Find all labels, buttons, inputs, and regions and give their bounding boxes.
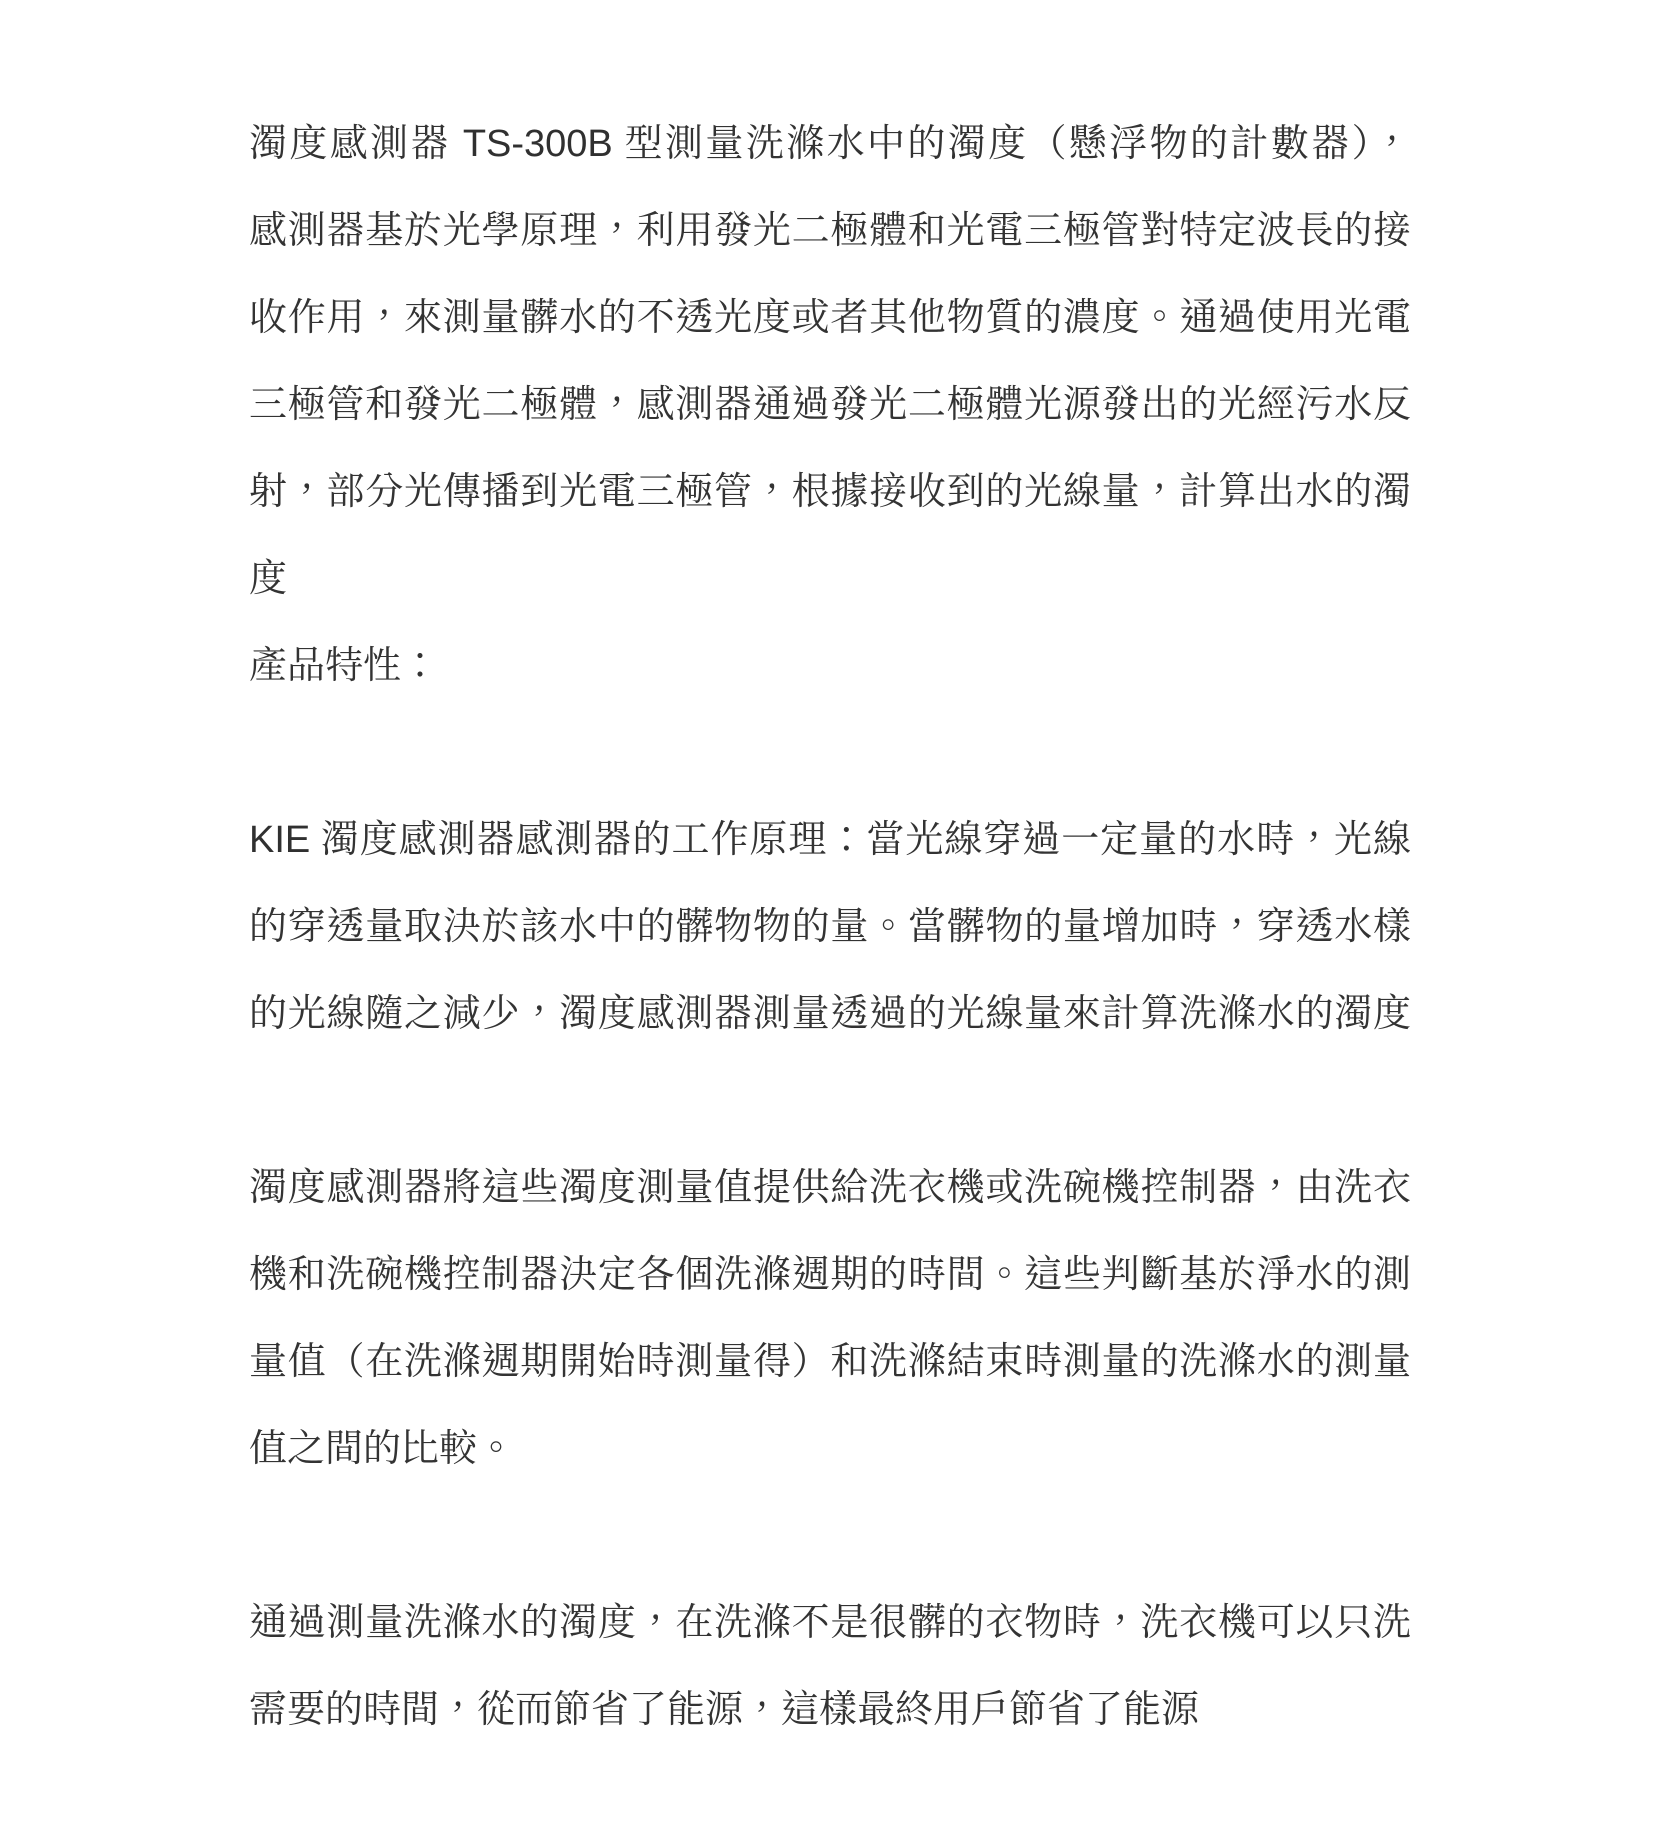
text-line: 收作用，來測量髒水的不透光度或者其他物質的濃度。通過使用光電	[249, 275, 1411, 362]
latin-text: KIE	[249, 819, 310, 861]
paragraph-energy-saving: 通過測量洗滌水的濁度，在洗滌不是很髒的衣物時，洗衣機可以只洗需要的時間，從而節省…	[249, 1580, 1411, 1754]
text-line: 需要的時間，從而節省了能源，這樣最終用戶節省了能源	[249, 1667, 1411, 1754]
text-line: 值之間的比較。	[249, 1406, 1411, 1493]
text-line: 的穿透量取決於該水中的髒物物的量。當髒物的量增加時，穿透水樣	[249, 884, 1411, 971]
text-line: KIE 濁度感測器感測器的工作原理：當光線穿過一定量的水時，光線	[249, 797, 1411, 884]
text-line: 濁度感測器 TS-300B 型測量洗滌水中的濁度（懸浮物的計數器），	[249, 101, 1411, 188]
paragraph-intro: 濁度感測器 TS-300B 型測量洗滌水中的濁度（懸浮物的計數器），感測器基於光…	[249, 101, 1411, 623]
text-line: 度	[249, 536, 1411, 623]
text-line: 機和洗碗機控制器決定各個洗滌週期的時間。這些判斷基於淨水的測	[249, 1232, 1411, 1319]
paragraph-working-principle: KIE 濁度感測器感測器的工作原理：當光線穿過一定量的水時，光線的穿透量取決於該…	[249, 797, 1411, 1058]
text-line: 的光線隨之減少，濁度感測器測量透過的光線量來計算洗滌水的濁度	[249, 971, 1411, 1058]
text-line: 三極管和發光二極體，感測器通過發光二極體光源發出的光經污水反	[249, 362, 1411, 449]
latin-text: TS-300B	[463, 123, 613, 165]
paragraph-features-heading: 產品特性：	[249, 623, 1411, 710]
text-line: 量值（在洗滌週期開始時測量得）和洗滌結束時測量的洗滌水的測量	[249, 1319, 1411, 1406]
text-line: 射，部分光傳播到光電三極管，根據接收到的光線量，計算出水的濁	[249, 449, 1411, 536]
text-line: 產品特性：	[249, 623, 1411, 710]
document-body: 濁度感測器 TS-300B 型測量洗滌水中的濁度（懸浮物的計數器），感測器基於光…	[249, 101, 1411, 1754]
text-line: 濁度感測器將這些濁度測量值提供給洗衣機或洗碗機控制器，由洗衣	[249, 1145, 1411, 1232]
text-line: 感測器基於光學原理，利用發光二極體和光電三極管對特定波長的接	[249, 188, 1411, 275]
text-line: 通過測量洗滌水的濁度，在洗滌不是很髒的衣物時，洗衣機可以只洗	[249, 1580, 1411, 1667]
paragraph-controller-decision: 濁度感測器將這些濁度測量值提供給洗衣機或洗碗機控制器，由洗衣機和洗碗機控制器決定…	[249, 1145, 1411, 1493]
